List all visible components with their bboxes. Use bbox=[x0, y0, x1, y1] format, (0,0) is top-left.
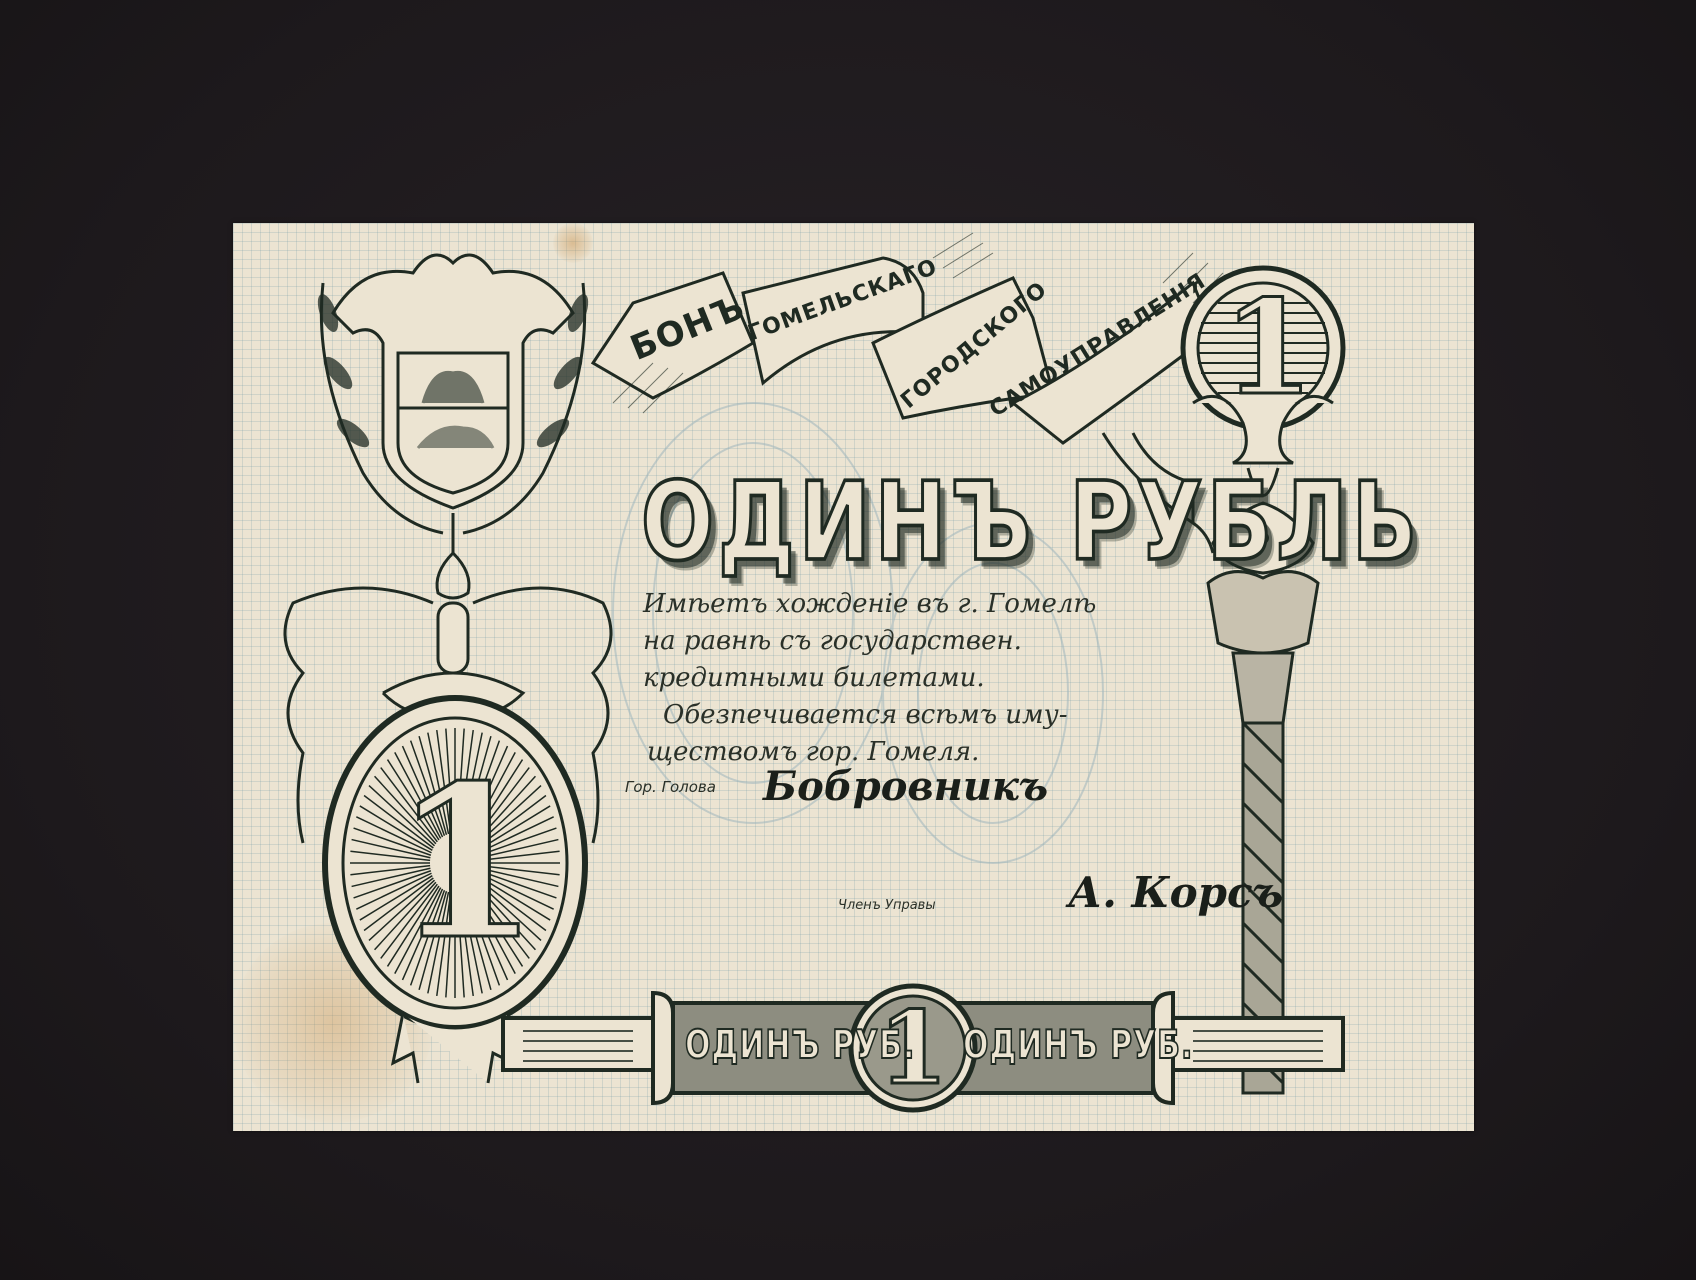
bottom-band-left-text: ОДИНЪ РУБ. bbox=[685, 1023, 915, 1069]
signatory-2-label: Членъ Управы bbox=[838, 898, 936, 913]
legal-text-line: Имѣетъ хожденіе въ г. Гомелѣ bbox=[643, 586, 1203, 623]
signatory-1-signature: Бобровникъ bbox=[763, 763, 1048, 810]
legal-text-line: на равнѣ съ государствен. bbox=[643, 623, 1203, 660]
signatory-1-label: Гор. Голова bbox=[625, 778, 716, 796]
banknote: БОНЪ ГОМЕЛЬСКАГО ГОРОДСКОГО САМОУПРАВЛЕН… bbox=[233, 223, 1474, 1131]
coat-of-arms-frame bbox=[321, 255, 584, 553]
bottom-band-right-text: ОДИНЪ РУБ. bbox=[963, 1023, 1193, 1069]
legal-text: Имѣетъ хожденіе въ г. Гомелѣ на равнѣ съ… bbox=[643, 586, 1203, 771]
legal-text-line: Обезпечивается всѣмъ иму- bbox=[643, 697, 1203, 734]
legal-text-line: кредитными билетами. bbox=[643, 660, 1203, 697]
signatory-2-signature: А. Корсъ bbox=[1068, 868, 1283, 917]
denomination-title: ОДИНЪ РУБЛЬ bbox=[641, 460, 1421, 585]
left-medallion-numeral: 1 bbox=[393, 743, 517, 983]
top-right-numeral: 1 bbox=[1223, 273, 1303, 423]
